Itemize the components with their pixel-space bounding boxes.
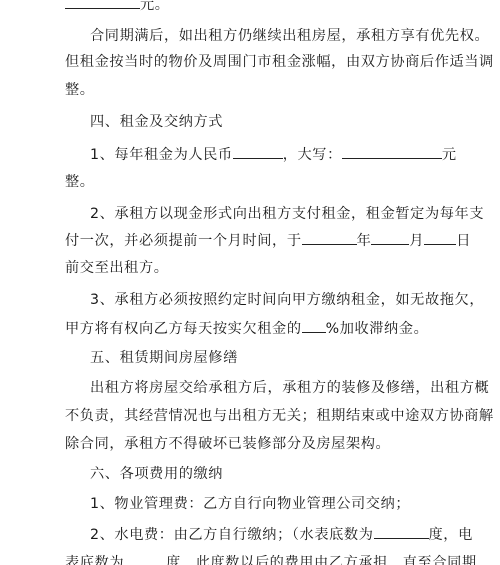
fill-in-blank bbox=[302, 318, 326, 333]
text-line: 四、租金及交纳方式 bbox=[90, 112, 223, 132]
text-line: 但租金按当时的物价及周围门市租金涨幅，由双方协商后作适当调 bbox=[65, 52, 494, 72]
text-segment: 不负责，其经营情况也与出租方无关；租期结束或中途双方协商解 bbox=[65, 408, 494, 424]
text-line: 六、各项费用的缴纳 bbox=[90, 464, 223, 484]
text-line: 3、承租方必须按照约定时间向甲方缴纳租金，如无故拖欠， bbox=[90, 290, 484, 310]
text-segment: 除合同，承租方不得破坏已装修部分及房屋架构。 bbox=[65, 436, 390, 452]
text-line: 除合同，承租方不得破坏已装修部分及房屋架构。 bbox=[65, 434, 390, 454]
text-segment: 整。 bbox=[65, 82, 95, 98]
fill-in-blank bbox=[374, 524, 429, 539]
text-line: 合同期满后，如出租方仍继续出租房屋，承租方享有优先权。 bbox=[90, 26, 489, 46]
text-line: 付一次，并必须提前一个月时间，于年月日 bbox=[65, 230, 471, 251]
text-segment: 出租方将房屋交给承租方后，承租方的装修及修缮，出租方概 bbox=[90, 380, 489, 396]
text-segment: 1、物业管理费：乙方自行向物业管理公司交纳； bbox=[90, 496, 410, 512]
text-segment: 元 bbox=[442, 147, 457, 163]
text-line: 出租方将房屋交给承租方后，承租方的装修及修缮，出租方概 bbox=[90, 378, 489, 398]
fill-in-blank bbox=[424, 230, 456, 245]
fill-in-blank bbox=[65, 0, 140, 9]
text-segment: 表底数为 bbox=[65, 555, 124, 565]
text-line: 表底数为度，此度数以后的费用由乙方承担，直至合同期 bbox=[65, 552, 477, 565]
text-line: 甲方将有权向乙方每天按实欠租金的%加收滞纳金。 bbox=[65, 318, 428, 339]
text-segment: 四、租金及交纳方式 bbox=[90, 114, 223, 130]
text-line: 2、水电费：由乙方自行缴纳；（水表底数为度，电 bbox=[90, 524, 473, 545]
text-segment: 合同期满后，如出租方仍继续出租房屋，承租方享有优先权。 bbox=[90, 28, 489, 44]
text-segment: 但租金按当时的物价及周围门市租金涨幅，由双方协商后作适当调 bbox=[65, 54, 494, 70]
text-segment: 整。 bbox=[65, 174, 95, 190]
fill-in-blank bbox=[233, 144, 283, 159]
text-segment: 五、租赁期间房屋修缮 bbox=[90, 350, 238, 366]
text-segment: 付一次，并必须提前一个月时间，于 bbox=[65, 233, 302, 249]
text-segment: 度，电 bbox=[429, 527, 473, 543]
text-segment: %加收滞纳金。 bbox=[326, 321, 429, 337]
text-segment: 元。 bbox=[140, 0, 170, 13]
text-line: 元。 bbox=[65, 0, 170, 15]
text-segment: 月 bbox=[409, 233, 424, 249]
text-segment: 2、承租方以现金形式向出租方支付租金，租金暂定为每年支 bbox=[90, 206, 484, 222]
text-line: 1、每年租金为人民币，大写：元 bbox=[90, 144, 457, 165]
text-segment: 甲方将有权向乙方每天按实欠租金的 bbox=[65, 321, 302, 337]
text-segment: ，大写： bbox=[283, 147, 342, 163]
text-segment: 日 bbox=[456, 233, 471, 249]
text-segment: 度，此度数以后的费用由乙方承担，直至合同期 bbox=[166, 555, 477, 565]
text-line: 整。 bbox=[65, 80, 95, 100]
text-line: 不负责，其经营情况也与出租方无关；租期结束或中途双方协商解 bbox=[65, 406, 494, 426]
text-segment: 2、水电费：由乙方自行缴纳；（水表底数为 bbox=[90, 527, 374, 543]
text-line: 2、承租方以现金形式向出租方支付租金，租金暂定为每年支 bbox=[90, 204, 484, 224]
text-segment: 3、承租方必须按照约定时间向甲方缴纳租金，如无故拖欠， bbox=[90, 292, 484, 308]
fill-in-blank bbox=[342, 144, 442, 159]
text-segment: 1、每年租金为人民币 bbox=[90, 147, 233, 163]
text-segment: 六、各项费用的缴纳 bbox=[90, 466, 223, 482]
fill-in-blank bbox=[124, 552, 166, 565]
fill-in-blank bbox=[371, 230, 409, 245]
text-line: 整。 bbox=[65, 172, 95, 192]
text-line: 1、物业管理费：乙方自行向物业管理公司交纳； bbox=[90, 494, 410, 514]
text-line: 五、租赁期间房屋修缮 bbox=[90, 348, 238, 368]
text-segment: 年 bbox=[357, 233, 372, 249]
text-line: 前交至出租方。 bbox=[65, 258, 169, 278]
fill-in-blank bbox=[302, 230, 357, 245]
text-segment: 前交至出租方。 bbox=[65, 260, 169, 276]
